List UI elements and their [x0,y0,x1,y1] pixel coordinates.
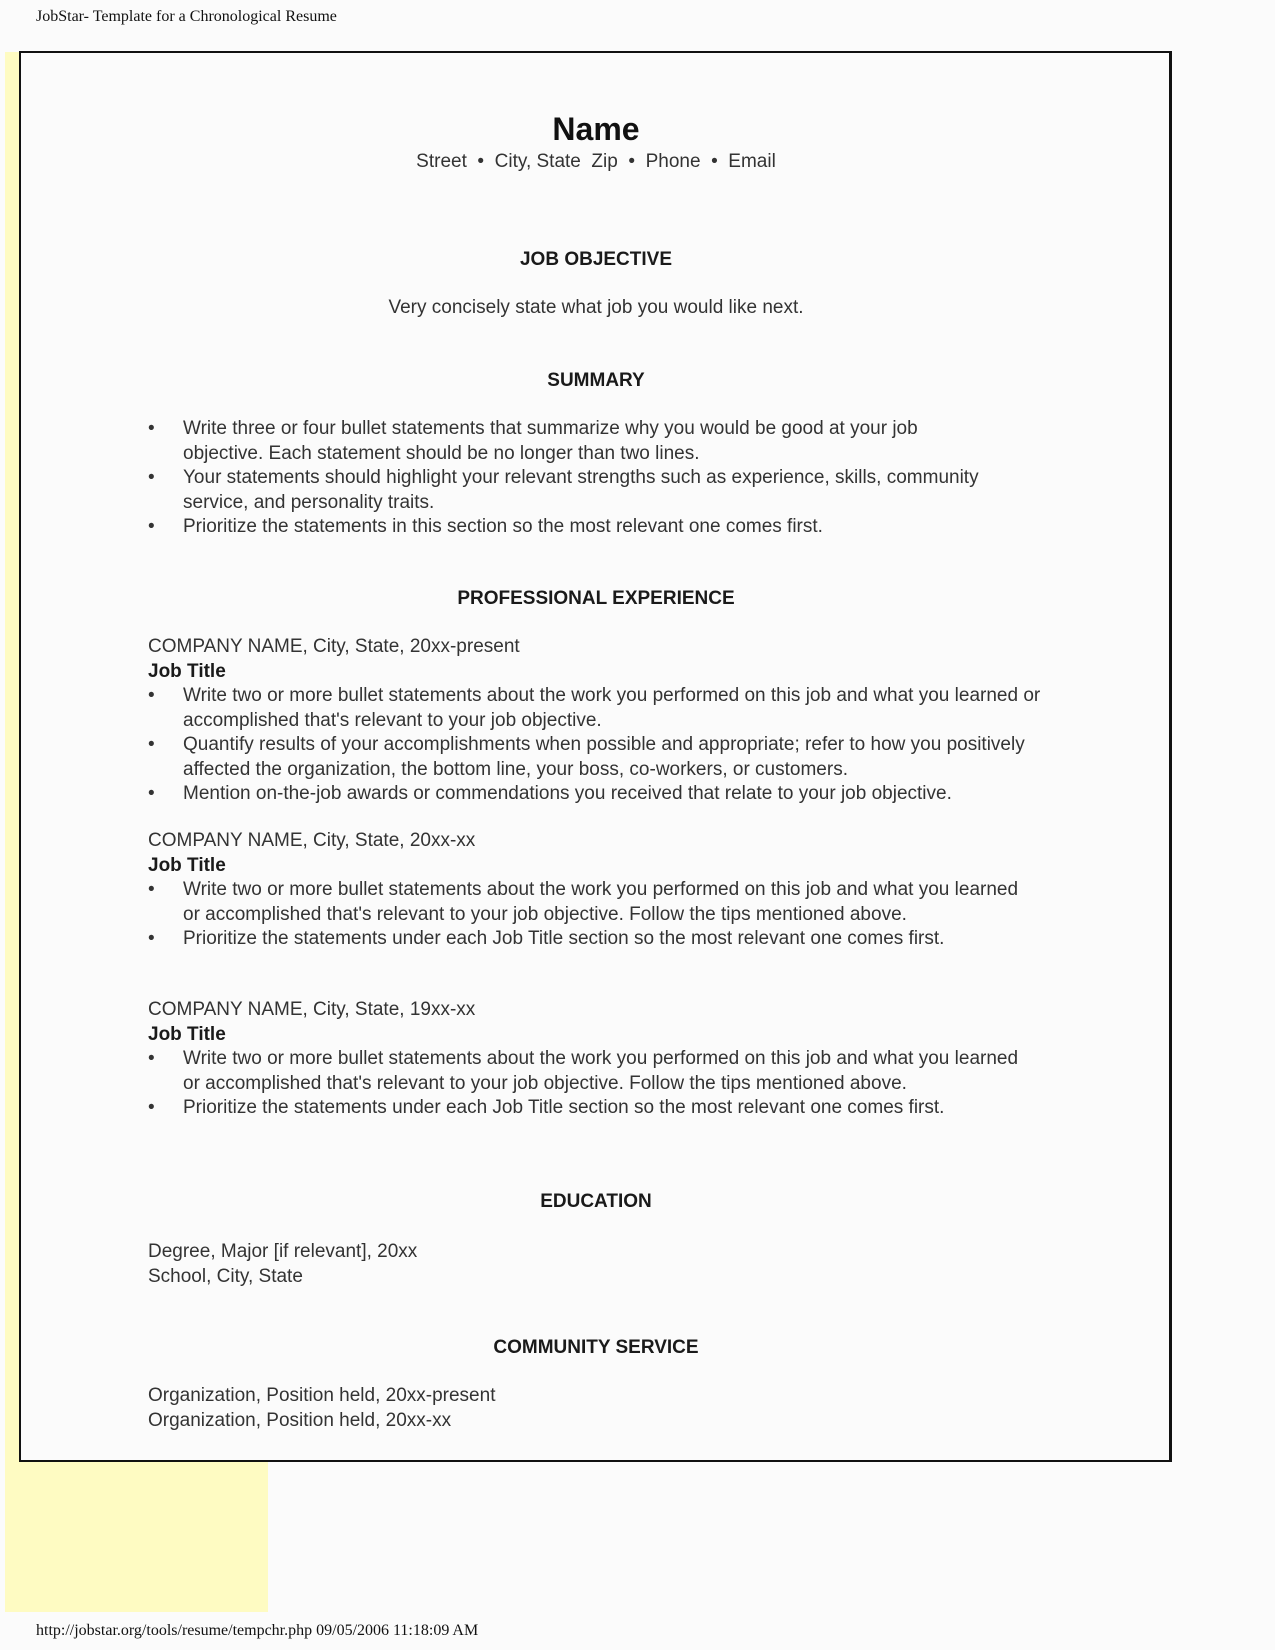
section-heading-objective: JOB OBJECTIVE [21,249,1171,271]
list-item: Prioritize the statements under each Job… [148,1096,1028,1121]
resume-document: Name Street • City, State Zip • Phone • … [19,51,1172,1462]
community-line: Organization, Position held, 20xx-xx [148,1409,495,1434]
resume-name: Name [21,111,1171,148]
highlight-block [5,1460,268,1612]
community-line: Organization, Position held, 20xx-presen… [148,1384,495,1409]
page-footer-url: http://jobstar.org/tools/resume/tempchr.… [36,1622,478,1640]
job-bullets: Write two or more bullet statements abou… [148,878,1028,952]
school-line: School, City, State [148,1265,417,1290]
list-item: Write two or more bullet statements abou… [148,878,1028,927]
job-title: Job Title [148,660,520,685]
job-bullets: Write two or more bullet statements abou… [148,1047,1028,1121]
contact-line: Street • City, State Zip • Phone • Email [21,151,1171,173]
job-title: Job Title [148,1023,475,1048]
objective-text: Very concisely state what job you would … [21,296,1171,321]
company-line: COMPANY NAME, City, State, 20xx-xx [148,829,475,854]
company-line: COMPANY NAME, City, State, 20xx-present [148,635,520,660]
job-entry: COMPANY NAME, City, State, 20xx-xx Job T… [148,829,475,878]
section-heading-community: COMMUNITY SERVICE [21,1337,1171,1359]
job-entry: COMPANY NAME, City, State, 20xx-present … [148,635,520,684]
degree-line: Degree, Major [if relevant], 20xx [148,1240,417,1265]
education-block: Degree, Major [if relevant], 20xx School… [148,1240,417,1289]
list-item: Your statements should highlight your re… [148,466,988,515]
section-heading-summary: SUMMARY [21,370,1171,392]
list-item: Prioritize the statements under each Job… [148,927,1028,952]
list-item: Prioritize the statements in this sectio… [148,515,988,540]
list-item: Write two or more bullet statements abou… [148,1047,1028,1096]
summary-list: Write three or four bullet statements th… [148,417,988,540]
highlight-strip [5,52,20,1460]
company-line: COMPANY NAME, City, State, 19xx-xx [148,998,475,1023]
list-item: Write three or four bullet statements th… [148,417,988,466]
job-title: Job Title [148,854,475,879]
list-item: Quantify results of your accomplishments… [148,733,1048,782]
job-bullets: Write two or more bullet statements abou… [148,684,1048,807]
list-item: Write two or more bullet statements abou… [148,684,1048,733]
section-heading-education: EDUCATION [21,1191,1171,1213]
community-block: Organization, Position held, 20xx-presen… [148,1384,495,1433]
list-item: Mention on-the-job awards or commendatio… [148,782,1048,807]
page-header-title: JobStar- Template for a Chronological Re… [36,8,337,26]
section-heading-experience: PROFESSIONAL EXPERIENCE [21,588,1171,610]
job-entry: COMPANY NAME, City, State, 19xx-xx Job T… [148,998,475,1047]
